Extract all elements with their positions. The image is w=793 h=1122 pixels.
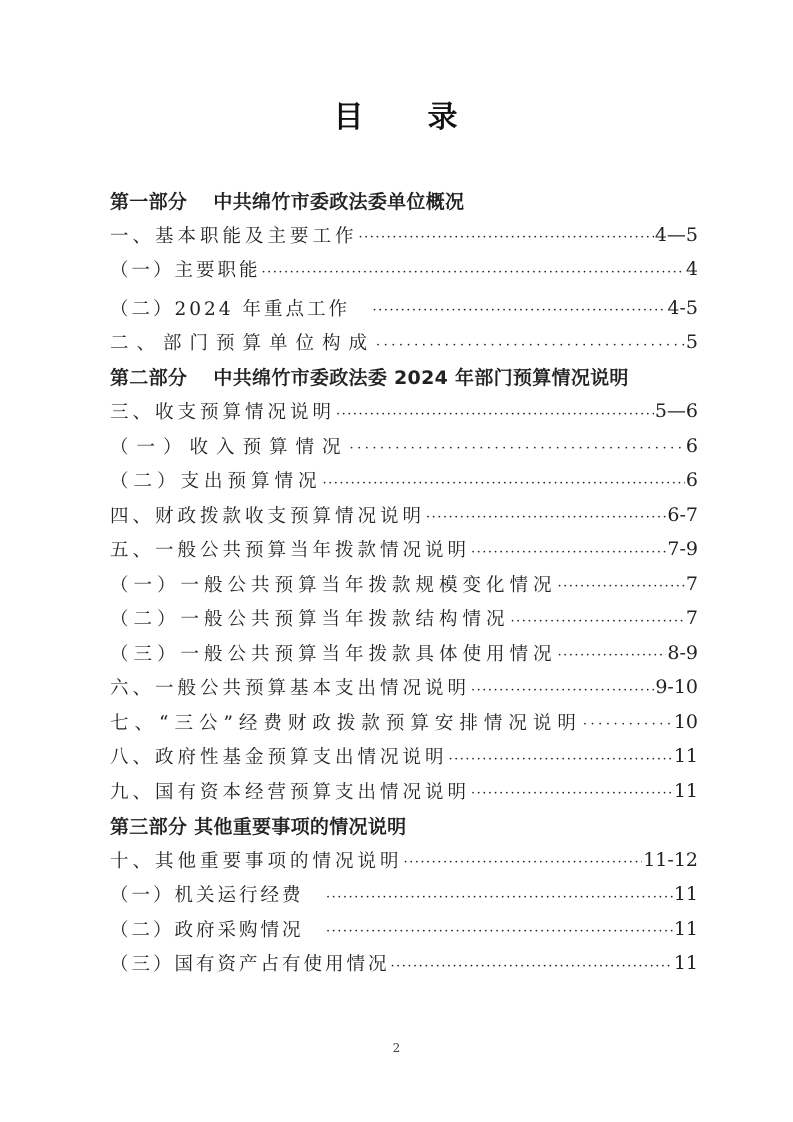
toc-entry-label: 五、一般公共预算当年拨款情况说明	[110, 536, 470, 562]
toc-part-label: 第三部分 其他重要事项的情况说明	[110, 812, 406, 839]
toc-entry-page: 10	[674, 711, 698, 733]
dot-leader	[262, 260, 685, 279]
toc-part-label: 第二部分 中共绵竹市委政法委 2024 年部门预算情况说明	[110, 363, 629, 390]
toc-entry[interactable]: （一）一般公共预算当年拨款规模变化情况 7	[110, 567, 698, 602]
toc-entry-page: 11	[674, 883, 698, 905]
toc-entry[interactable]: （一）收入预算情况 6	[110, 429, 698, 464]
toc-entry-label: 六、一般公共预算基本支出情况说明	[110, 674, 470, 700]
toc-entry-page: 11	[674, 952, 698, 974]
dot-leader	[359, 225, 654, 244]
toc-part-label: 第一部分 中共绵竹市委政法委单位概况	[110, 187, 464, 214]
toc-entry-label: （二）2024 年重点工作	[110, 295, 371, 321]
dot-leader	[350, 436, 685, 455]
toc-entry[interactable]: 五、一般公共预算当年拨款情况说明 7-9	[110, 532, 698, 567]
toc-entry[interactable]: （二）政府采购情况 11	[110, 912, 698, 947]
toc-part-heading[interactable]: 第三部分 其他重要事项的情况说明	[110, 808, 698, 843]
toc-entry[interactable]: 七、“三公”经费财政拨款预算安排情况说明 10	[110, 705, 698, 740]
dot-leader	[583, 712, 673, 731]
toc-entry-label: 八、政府性基金预算支出情况说明	[110, 743, 448, 769]
toc-entry-page: 7	[686, 607, 698, 629]
dot-leader	[404, 850, 643, 869]
toc-entry-label: 四、财政拨款收支预算情况说明	[110, 502, 425, 528]
toc-entry[interactable]: 四、财政拨款收支预算情况说明 6-7	[110, 498, 698, 533]
toc-entry-page: 6	[686, 435, 698, 457]
toc-entry[interactable]: 十、其他重要事项的情况说明 11-12	[110, 843, 698, 878]
toc-entry-page: 7-9	[667, 538, 698, 560]
toc-entry-page: 4	[686, 258, 698, 280]
dot-leader	[426, 505, 666, 524]
dot-leader	[372, 298, 666, 317]
dot-leader	[391, 954, 673, 973]
toc-entry-label: 十、其他重要事项的情况说明	[110, 847, 403, 873]
toc-entry-label: （一）一般公共预算当年拨款规模变化情况	[110, 571, 557, 597]
toc-entry-label: （二）政府采购情况	[110, 916, 325, 942]
toc-entry[interactable]: 二、部门预算单位构成 5	[110, 325, 698, 360]
toc-entry-label: （一）收入预算情况	[110, 433, 349, 459]
dot-leader	[471, 678, 654, 697]
document-page: 目录 第一部分 中共绵竹市委政法委单位概况 一、基本职能及主要工作 4—5 （一…	[0, 0, 793, 1122]
toc-entry-label: （三）国有资产占有使用情况	[110, 950, 390, 976]
toc-entry-page: 8-9	[667, 642, 698, 664]
toc-entry[interactable]: 一、基本职能及主要工作 4—5	[110, 218, 698, 253]
title-char-1: 目	[334, 92, 366, 136]
toc-entry-label: （一）主要职能	[110, 256, 261, 282]
toc-entry-page: 4—5	[655, 224, 698, 246]
toc-entry-label: （二）一般公共预算当年拨款结构情况	[110, 605, 510, 631]
dot-leader	[326, 919, 673, 938]
toc-entry[interactable]: 六、一般公共预算基本支出情况说明 9-10	[110, 670, 698, 705]
dot-leader	[376, 333, 685, 352]
toc-entry-label: 三、收支预算情况说明	[110, 398, 335, 424]
toc-entry-label: （一）机关运行经费	[110, 881, 325, 907]
toc-entry-page: 11-12	[643, 849, 698, 871]
toc-entry[interactable]: 八、政府性基金预算支出情况说明 11	[110, 739, 698, 774]
title-char-2: 录	[428, 92, 460, 136]
toc-entry[interactable]: （三）一般公共预算当年拨款具体使用情况 8-9	[110, 636, 698, 671]
dot-leader	[511, 609, 685, 628]
toc-entry[interactable]: （二）一般公共预算当年拨款结构情况 7	[110, 601, 698, 636]
toc-entry[interactable]: 九、国有资本经营预算支出情况说明 11	[110, 774, 698, 809]
toc-entry-page: 5—6	[655, 400, 698, 422]
toc-entry-label: （二）支出预算情况	[110, 467, 322, 493]
toc-entry-label: 七、“三公”经费财政拨款预算安排情况说明	[110, 709, 582, 735]
toc-entry-page: 6-7	[667, 504, 698, 526]
dot-leader	[449, 747, 673, 766]
toc-entry[interactable]: （三）国有资产占有使用情况 11	[110, 946, 698, 981]
toc-entry-page: 7	[686, 573, 698, 595]
dot-leader	[558, 643, 667, 662]
dot-leader	[323, 471, 685, 490]
toc-entry[interactable]: （二）支出预算情况 6	[110, 463, 698, 498]
dot-leader	[326, 885, 673, 904]
toc-entry[interactable]: 三、收支预算情况说明 5—6	[110, 394, 698, 429]
toc-entry[interactable]: （二）2024 年重点工作 4-5	[110, 291, 698, 326]
toc-entry-label: 二、部门预算单位构成	[110, 329, 375, 355]
dot-leader	[471, 781, 673, 800]
dot-leader	[336, 402, 654, 421]
toc-entry-page: 11	[674, 780, 698, 802]
dot-leader	[558, 574, 685, 593]
toc-entry[interactable]: （一）机关运行经费 11	[110, 877, 698, 912]
table-of-contents: 第一部分 中共绵竹市委政法委单位概况 一、基本职能及主要工作 4—5 （一）主要…	[110, 183, 698, 981]
toc-entry-page: 4-5	[667, 297, 698, 319]
toc-part-heading[interactable]: 第一部分 中共绵竹市委政法委单位概况	[110, 183, 698, 218]
toc-entry-page: 11	[674, 745, 698, 767]
dot-leader	[471, 540, 666, 559]
toc-part-heading[interactable]: 第二部分 中共绵竹市委政法委 2024 年部门预算情况说明	[110, 360, 698, 395]
toc-entry-page: 6	[686, 469, 698, 491]
toc-entry-page: 11	[674, 918, 698, 940]
toc-entry-page: 9-10	[655, 676, 698, 698]
toc-entry-label: 一、基本职能及主要工作	[110, 222, 358, 248]
page-number: 2	[0, 1041, 793, 1055]
toc-entry-page: 5	[686, 331, 698, 353]
toc-entry[interactable]: （一）主要职能 4	[110, 252, 698, 287]
toc-entry-label: （三）一般公共预算当年拨款具体使用情况	[110, 640, 557, 666]
page-title: 目录	[0, 92, 793, 136]
toc-entry-label: 九、国有资本经营预算支出情况说明	[110, 778, 470, 804]
